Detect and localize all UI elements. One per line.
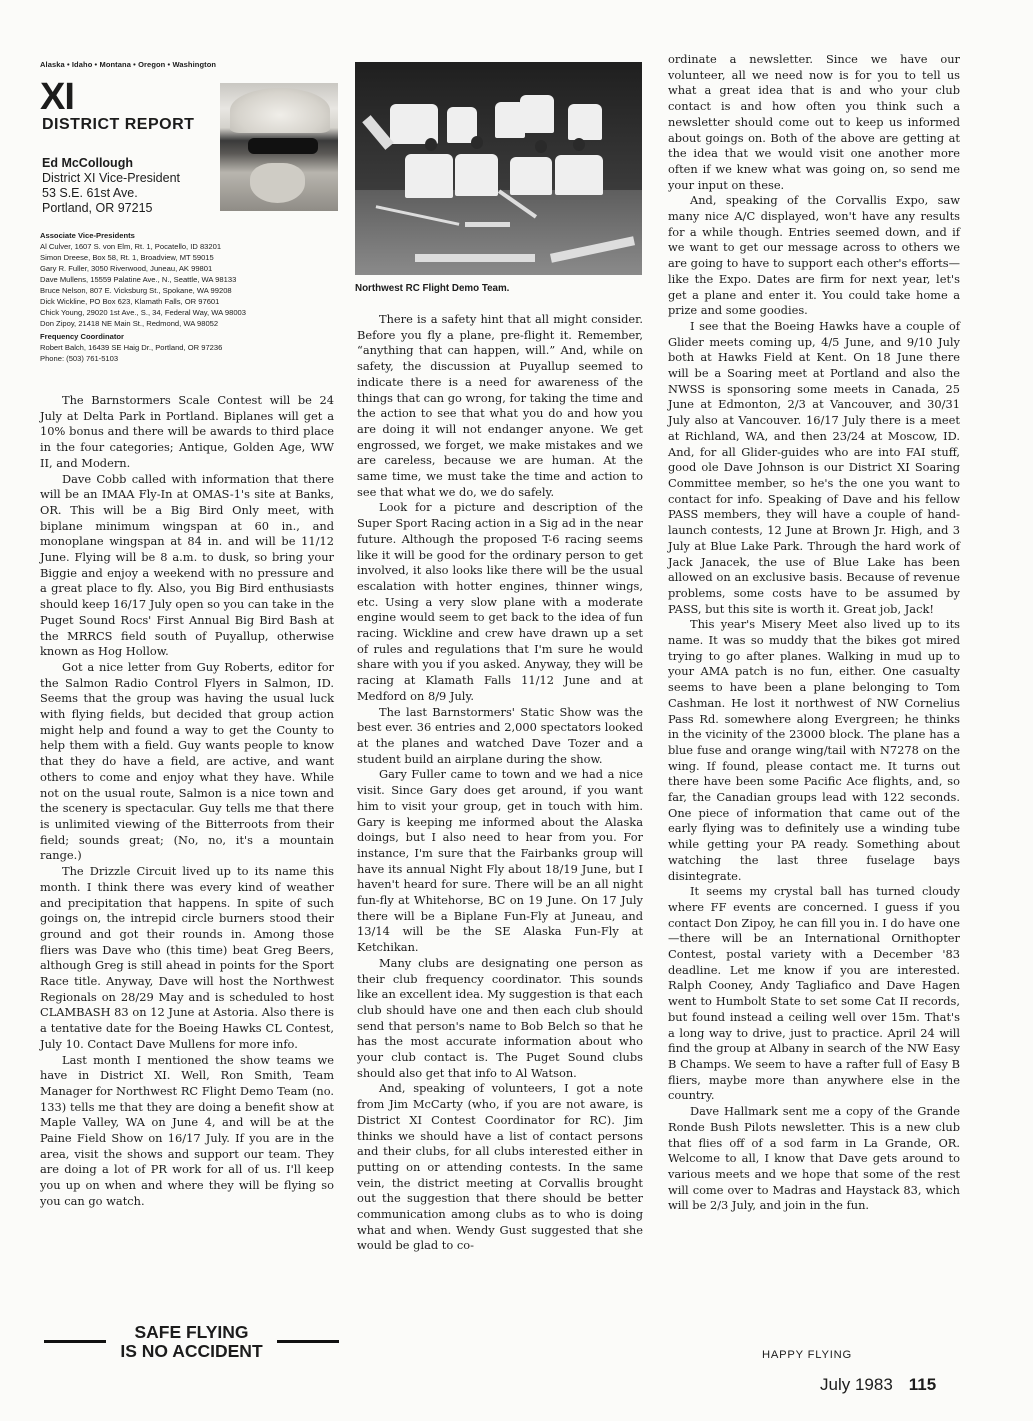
associates-list: Associate Vice-Presidents Al Culver, 160…	[40, 230, 246, 364]
page-number: 115	[909, 1375, 936, 1394]
demo-team-photo	[355, 62, 642, 275]
paragraph: Got a nice letter from Guy Roberts, edi­…	[40, 660, 334, 864]
sunglasses-shape	[248, 138, 318, 154]
vp-address-line1: 53 S.E. 61st Ave.	[42, 186, 180, 201]
slogan-line-2: IS NO ACCIDENT	[44, 1342, 339, 1361]
associate-item: Chick Young, 29020 1st Ave., S., 34, Fed…	[40, 307, 246, 318]
associate-item: Dave Mullens, 15559 Palatine Ave., N., S…	[40, 274, 246, 285]
vp-portrait-photo	[220, 83, 338, 211]
slogan-rule-right	[277, 1340, 339, 1343]
paragraph: Dave Cobb called with information that t…	[40, 472, 334, 660]
vp-address-line2: Portland, OR 97215	[42, 201, 180, 216]
associates-heading: Associate Vice-Presidents	[40, 230, 246, 241]
section-title: DISTRICT REPORT	[42, 116, 194, 134]
frequency-coordinator-phone: Phone: (503) 761-5103	[40, 353, 246, 364]
paragraph: The last Barnstormers' Static Show was t…	[357, 705, 643, 768]
associate-item: Al Culver, 1607 S. von Elm, Rt. 1, Pocat…	[40, 241, 246, 252]
column-3-text: ordinate a newsletter. Since we have our…	[668, 52, 960, 1214]
safety-slogan: SAFE FLYING IS NO ACCIDENT	[44, 1323, 339, 1361]
paragraph: I see that the Boeing Hawks have a coupl…	[668, 319, 960, 617]
vice-president-block: Ed McCollough District XI Vice-President…	[42, 156, 180, 216]
associate-item: Dick Wickline, PO Box 623, Klamath Falls…	[40, 296, 246, 307]
paragraph: Many clubs are designating one person as…	[357, 956, 643, 1082]
paragraph: There is a safety hint that all might co…	[357, 312, 643, 500]
paragraph: Last month I mentioned the show teams we…	[40, 1053, 334, 1210]
frequency-coordinator-heading: Frequency Coordinator	[40, 331, 246, 342]
paragraph: It seems my crystal ball has turned clou…	[668, 884, 960, 1104]
paragraph: The Drizzle Circuit lived up to its name…	[40, 864, 334, 1052]
paragraph: Dave Hallmark sent me a copy of the Gran…	[668, 1104, 960, 1214]
district-number: XI	[40, 78, 74, 116]
paragraph: This year's Misery Meet also lived up to…	[668, 617, 960, 884]
issue-date: July 1983	[820, 1375, 893, 1394]
photo-caption: Northwest RC Flight Demo Team.	[355, 283, 509, 294]
associate-item: Simon Dreese, Box 58, Rt. 1, Broadview, …	[40, 252, 246, 263]
associate-item: Gary R. Fuller, 3050 Riverwood, Juneau, …	[40, 263, 246, 274]
associate-item: Don Zipoy, 21418 NE Main St., Redmond, W…	[40, 318, 246, 329]
vp-role: District XI Vice-President	[42, 171, 180, 186]
hat-shape	[230, 88, 330, 133]
vp-name: Ed McCollough	[42, 156, 180, 171]
column-1-text: The Barnstormers Scale Contest will be 2…	[40, 393, 334, 1210]
paragraph-continuation: ordinate a newsletter. Since we have our…	[668, 52, 960, 193]
paragraph: And, speaking of volunteers, I got a not…	[357, 1081, 643, 1254]
paragraph: And, speaking of the Corvallis Expo, saw…	[668, 193, 960, 319]
frequency-coordinator-name: Robert Balch, 16439 SE Haig Dr., Portlan…	[40, 342, 246, 353]
page-footer: July 1983115	[820, 1375, 936, 1395]
region-states: Alaska • Idaho • Montana • Oregon • Wash…	[40, 60, 216, 69]
paragraph: Look for a picture and description of th…	[357, 500, 643, 704]
paragraph: The Barnstormers Scale Contest will be 2…	[40, 393, 334, 472]
associate-item: Bruce Nelson, 807 E. Vicksburg St., Spok…	[40, 285, 246, 296]
slogan-rule-left	[44, 1340, 106, 1343]
column-2-text: There is a safety hint that all might co…	[357, 312, 643, 1254]
signoff: HAPPY FLYING	[762, 1349, 852, 1361]
paragraph: Gary Fuller came to town and we had a ni…	[357, 767, 643, 955]
beard-shape	[250, 163, 305, 203]
